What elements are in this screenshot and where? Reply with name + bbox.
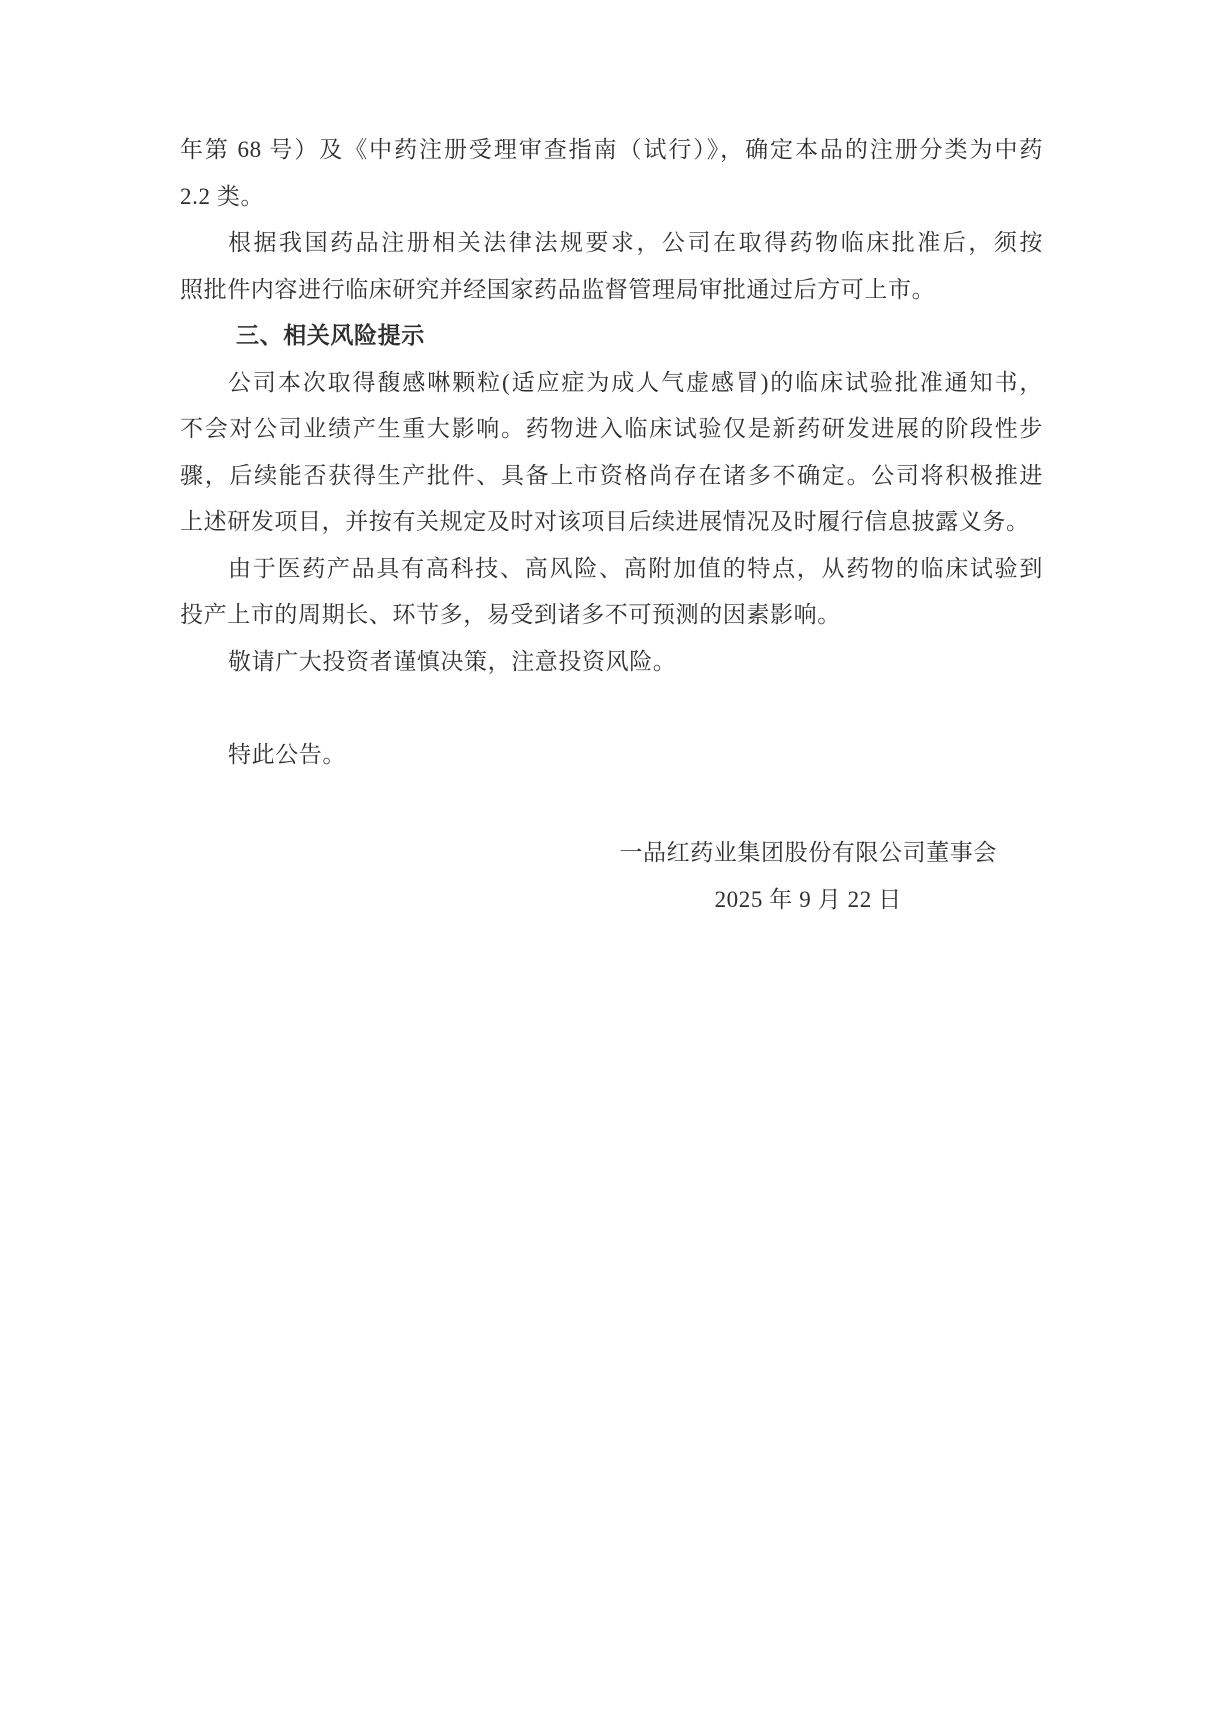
signature-date: 2025 年 9 月 22 日 xyxy=(619,877,997,924)
investor-advice-line: 敬请广大投资者谨慎决策，注意投资风险。 xyxy=(180,639,1043,686)
signature-block: 一品红药业集团股份有限公司董事会 2025 年 9 月 22 日 xyxy=(619,830,997,923)
announcement-page: 年第 68 号）及《中药注册受理审查指南（试行）》，确定本品的注册分类为中药 2… xyxy=(0,0,1213,1715)
body-line: 年第 68 号）及《中药注册受理审查指南（试行）》，确定本品的注册分类为中药 xyxy=(180,127,1043,174)
body-line: 2.2 类。 xyxy=(180,174,1043,221)
body-line: 公司本次取得馥感啉颗粒(适应症为成人气虚感冒)的临床试验批准通知书， xyxy=(180,360,1043,407)
body-line: 投产上市的周期长、环节多，易受到诸多不可预测的因素影响。 xyxy=(180,592,1043,639)
body-line: 由于医药产品具有高科技、高风险、高附加值的特点，从药物的临床试验到 xyxy=(180,546,1043,593)
body-line: 不会对公司业绩产生重大影响。药物进入临床试验仅是新药研发进展的阶段性步 xyxy=(180,406,1043,453)
blank-line-spacer xyxy=(180,685,1043,732)
body-line: 根据我国药品注册相关法律法规要求，公司在取得药物临床批准后，须按 xyxy=(180,220,1043,267)
paragraph-uncertainty-factors: 由于医药产品具有高科技、高风险、高附加值的特点，从药物的临床试验到 投产上市的周… xyxy=(180,546,1043,639)
signature-company: 一品红药业集团股份有限公司董事会 xyxy=(619,830,997,877)
paragraph-regulatory-requirement: 根据我国药品注册相关法律法规要求，公司在取得药物临床批准后，须按 照批件内容进行… xyxy=(180,220,1043,313)
closing-line: 特此公告。 xyxy=(180,732,1043,779)
paragraph-registration-classification: 年第 68 号）及《中药注册受理审查指南（试行）》，确定本品的注册分类为中药 2… xyxy=(180,127,1043,220)
body-line: 上述研发项目，并按有关规定及时对该项目后续进展情况及时履行信息披露义务。 xyxy=(180,499,1043,546)
body-line: 照批件内容进行临床研究并经国家药品监督管理局审批通过后方可上市。 xyxy=(180,267,1043,314)
section-heading-risk-notice: 三、相关风险提示 xyxy=(180,313,1043,360)
body-line: 骤，后续能否获得生产批件、具备上市资格尚存在诸多不确定。公司将积极推进 xyxy=(180,453,1043,500)
paragraph-risk-description: 公司本次取得馥感啉颗粒(适应症为成人气虚感冒)的临床试验批准通知书， 不会对公司… xyxy=(180,360,1043,546)
